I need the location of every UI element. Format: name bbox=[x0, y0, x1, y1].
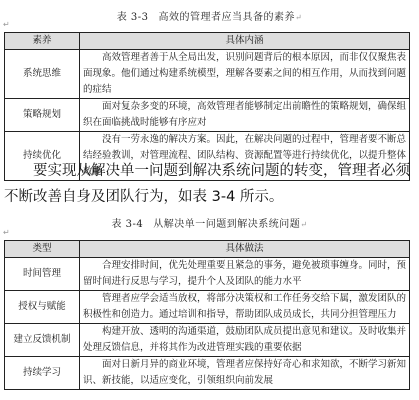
row-name: 建立反馈机制 bbox=[5, 324, 80, 357]
table-row: 持续学习 面对日新月异的商业环境，管理者应保持好奇心和求知欲，不断学习新知识、新… bbox=[5, 357, 410, 390]
column-header: 具体内涵 bbox=[80, 33, 410, 50]
table2-caption-number: 表 3-4 bbox=[112, 219, 144, 230]
table2-caption: 表 3-4从解决单一问题到解决系统问题↵ bbox=[0, 215, 419, 230]
return-mark-icon: ↵ bbox=[3, 20, 10, 29]
return-mark-icon: ↵ bbox=[300, 220, 307, 229]
row-name: 时间管理 bbox=[5, 258, 80, 291]
table2-caption-title: 从解决单一问题到解决系统问题 bbox=[153, 219, 300, 230]
table-3-4: 类型 具体做法 时间管理 合理安排时间，优先处理重要且紧急的事务，避免被琐事缠身… bbox=[4, 240, 410, 390]
column-header: 具体做法 bbox=[80, 241, 410, 258]
column-header: 类型 bbox=[5, 241, 80, 258]
row-content: 高效管理者善于从全局出发，识别问题背后的根本原因，而非仅仅聚焦表面现象。他们通过… bbox=[80, 50, 410, 99]
return-mark-icon: ↵ bbox=[295, 13, 302, 22]
table1-caption: 表 3-3高效的管理者应当具备的素养↵ bbox=[0, 8, 419, 23]
table-header-row: 素养 具体内涵 bbox=[5, 33, 410, 50]
row-name: 系统思维 bbox=[5, 50, 80, 99]
body-paragraph: 要实现从解决单一问题到解决系统问题的转变，管理者必须不断改善自身及团队行为，如表… bbox=[4, 158, 416, 210]
row-name: 授权与赋能 bbox=[5, 291, 80, 324]
row-content: 合理安排时间，优先处理重要且紧急的事务，避免被琐事缠身。同时，预留时间进行反思与… bbox=[80, 258, 410, 291]
row-content: 构建开放、透明的沟通渠道，鼓励团队成员提出意见和建议。及时收集并处理反馈信息，并… bbox=[80, 324, 410, 357]
table-row: 建立反馈机制 构建开放、透明的沟通渠道，鼓励团队成员提出意见和建议。及时收集并处… bbox=[5, 324, 410, 357]
row-content: 面对复杂多变的环境，高效管理者能够制定出前瞻性的策略规划，确保组织在面临挑战时能… bbox=[80, 99, 410, 132]
table-row: 授权与赋能 管理者应学会适当放权，将部分决策权和工作任务交给下属，激发团队的积极… bbox=[5, 291, 410, 324]
table-header-row: 类型 具体做法 bbox=[5, 241, 410, 258]
column-header: 素养 bbox=[5, 33, 80, 50]
row-name: 持续学习 bbox=[5, 357, 80, 390]
return-mark-icon: ↵ bbox=[3, 228, 10, 237]
row-content: 管理者应学会适当放权，将部分决策权和工作任务交给下属，激发团队的积极性和创造力。… bbox=[80, 291, 410, 324]
row-name: 策略规划 bbox=[5, 99, 80, 132]
table1-caption-number: 表 3-3 bbox=[117, 12, 149, 23]
table1-caption-title: 高效的管理者应当具备的素养 bbox=[159, 12, 296, 23]
row-content: 面对日新月异的商业环境，管理者应保持好奇心和求知欲，不断学习新知识、新技能，以适… bbox=[80, 357, 410, 390]
table-row: 时间管理 合理安排时间，优先处理重要且紧急的事务，避免被琐事缠身。同时，预留时间… bbox=[5, 258, 410, 291]
table-row: 系统思维 高效管理者善于从全局出发，识别问题背后的根本原因，而非仅仅聚焦表面现象… bbox=[5, 50, 410, 99]
table-row: 策略规划 面对复杂多变的环境，高效管理者能够制定出前瞻性的策略规划，确保组织在面… bbox=[5, 99, 410, 132]
